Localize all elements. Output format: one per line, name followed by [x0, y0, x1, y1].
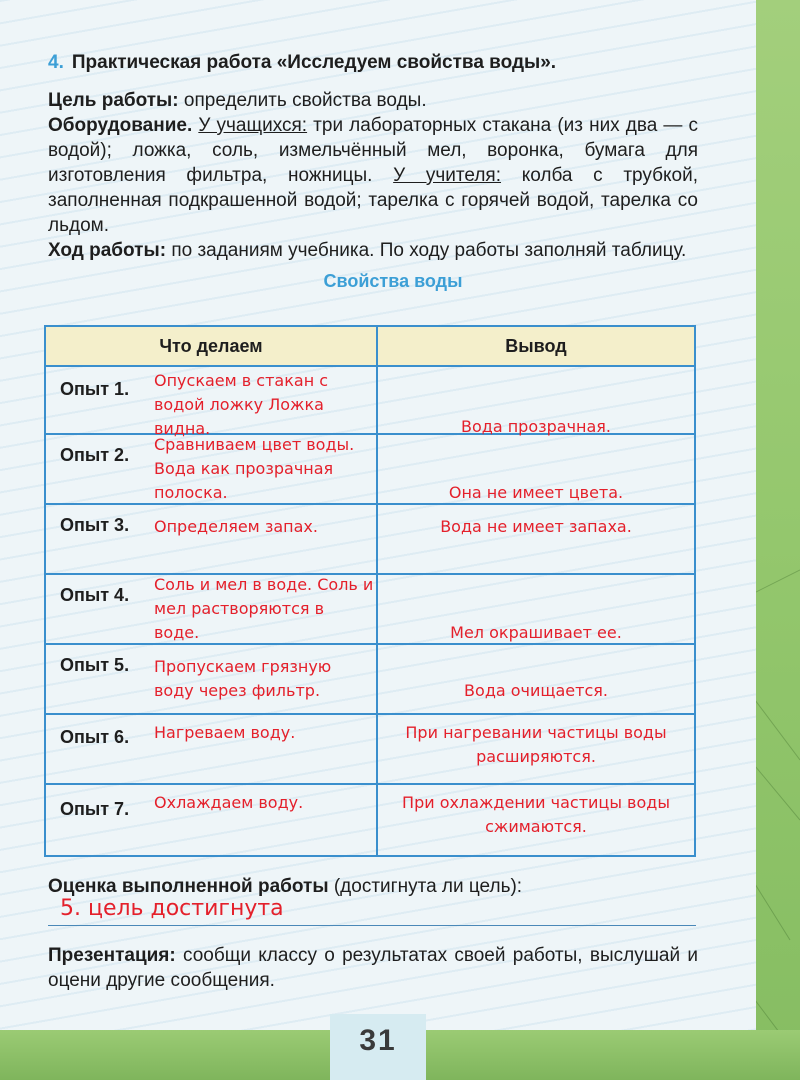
action-cell: Опыт 5.Пропускаем грязную воду через фил… — [45, 644, 377, 714]
table-row: Опыт 7.Охлаждаем воду.При охлаждении час… — [45, 784, 695, 856]
experiment-conclusion: Вода очищается. — [378, 679, 694, 703]
conclusion-cell: При охлаждении частицы воды сжимаются. — [377, 784, 695, 856]
action-cell: Опыт 1.Опускаем в стакан с водой ложку Л… — [45, 366, 377, 434]
procedure-label: Ход работы: — [48, 240, 166, 261]
experiment-action: Нагреваем воду. — [154, 721, 374, 745]
goal-label: Цель работы: — [48, 90, 179, 111]
goal-paragraph: Цель работы: определить свойства воды. — [48, 88, 698, 113]
table-title: Свойства воды — [48, 271, 698, 292]
action-cell: Опыт 3.Определяем запах. — [45, 504, 377, 574]
table-row: Опыт 6.Нагреваем воду.При нагревании час… — [45, 714, 695, 784]
action-cell: Опыт 6.Нагреваем воду. — [45, 714, 377, 784]
action-cell: Опыт 2.Сравниваем цвет воды. Вода как пр… — [45, 434, 377, 504]
equipment-label: Оборудование. — [48, 115, 192, 136]
conclusion-cell: Вода не имеет запаха. — [377, 504, 695, 574]
conclusion-cell: Она не имеет цвета. — [377, 434, 695, 504]
experiment-label: Опыт 2. — [60, 445, 129, 466]
page-number: 31 — [330, 1024, 426, 1058]
task-title-text: Практическая работа «Исследуем свойства … — [72, 52, 556, 73]
table-row: Опыт 4.Соль и мел в воде. Соль и мел рас… — [45, 574, 695, 644]
experiment-label: Опыт 1. — [60, 379, 129, 400]
goal-text: определить свойства воды. — [184, 90, 427, 111]
conclusion-cell: При нагревании частицы воды расширяются. — [377, 714, 695, 784]
experiment-conclusion: Вода не имеет запаха. — [378, 515, 694, 539]
action-cell: Опыт 7.Охлаждаем воду. — [45, 784, 377, 856]
water-properties-table: Что делаем Вывод Опыт 1.Опускаем в стака… — [44, 325, 696, 857]
presentation-paragraph: Презентация: сообщи классу о результатах… — [48, 943, 698, 993]
experiment-conclusion: Мел окрашивает ее. — [378, 621, 694, 645]
conclusion-cell: Вода прозрачная. — [377, 366, 695, 434]
table-row: Опыт 1.Опускаем в стакан с водой ложку Л… — [45, 366, 695, 434]
students-label: У учащихся: — [198, 115, 307, 136]
conclusion-cell: Вода очищается. — [377, 644, 695, 714]
evaluation-hint: (достигнута ли цель): — [334, 876, 522, 897]
experiment-conclusion: При охлаждении частицы воды сжимаются. — [378, 791, 694, 839]
header-conclusion: Вывод — [377, 326, 695, 366]
task-number: 4. — [48, 52, 64, 73]
header-what-we-do: Что делаем — [45, 326, 377, 366]
table-row: Опыт 2.Сравниваем цвет воды. Вода как пр… — [45, 434, 695, 504]
experiment-action: Пропускаем грязную воду через фильтр. — [154, 655, 374, 703]
experiment-action: Сравниваем цвет воды. Вода как прозрачна… — [154, 433, 374, 505]
experiment-label: Опыт 3. — [60, 515, 129, 536]
task-title: 4.Практическая работа «Исследуем свойств… — [48, 52, 698, 74]
table-row: Опыт 5.Пропускаем грязную воду через фил… — [45, 644, 695, 714]
answer-line — [48, 925, 696, 926]
experiment-conclusion: При нагревании частицы воды расширяются. — [378, 721, 694, 769]
experiment-label: Опыт 7. — [60, 799, 129, 820]
evaluation-answer: 5. цель достигнута — [60, 896, 284, 921]
evaluation-prompt: Оценка выполненной работы (достигнута ли… — [48, 876, 698, 898]
evaluation-label: Оценка выполненной работы — [48, 876, 329, 897]
experiment-action: Опускаем в стакан с водой ложку Ложка ви… — [154, 369, 374, 441]
conclusion-cell: Мел окрашивает ее. — [377, 574, 695, 644]
experiment-conclusion: Она не имеет цвета. — [378, 481, 694, 505]
table-header-row: Что делаем Вывод — [45, 326, 695, 366]
procedure-text: по заданиям учебника. По ходу работы зап… — [171, 240, 686, 261]
action-cell: Опыт 4.Соль и мел в воде. Соль и мел рас… — [45, 574, 377, 644]
equipment-paragraph: Оборудование. У учащихся: три лабораторн… — [48, 113, 698, 238]
experiment-action: Соль и мел в воде. Соль и мел растворяют… — [154, 573, 374, 645]
table-row: Опыт 3.Определяем запах.Вода не имеет за… — [45, 504, 695, 574]
task-content: 4.Практическая работа «Исследуем свойств… — [48, 52, 698, 306]
teacher-label: У учителя: — [393, 165, 501, 186]
experiment-label: Опыт 4. — [60, 585, 129, 606]
experiment-action: Охлаждаем воду. — [154, 791, 374, 815]
presentation-label: Презентация: — [48, 945, 176, 966]
experiment-label: Опыт 6. — [60, 727, 129, 748]
procedure-paragraph: Ход работы: по заданиям учебника. По ход… — [48, 238, 698, 263]
experiment-action: Определяем запах. — [154, 515, 374, 539]
experiment-label: Опыт 5. — [60, 655, 129, 676]
